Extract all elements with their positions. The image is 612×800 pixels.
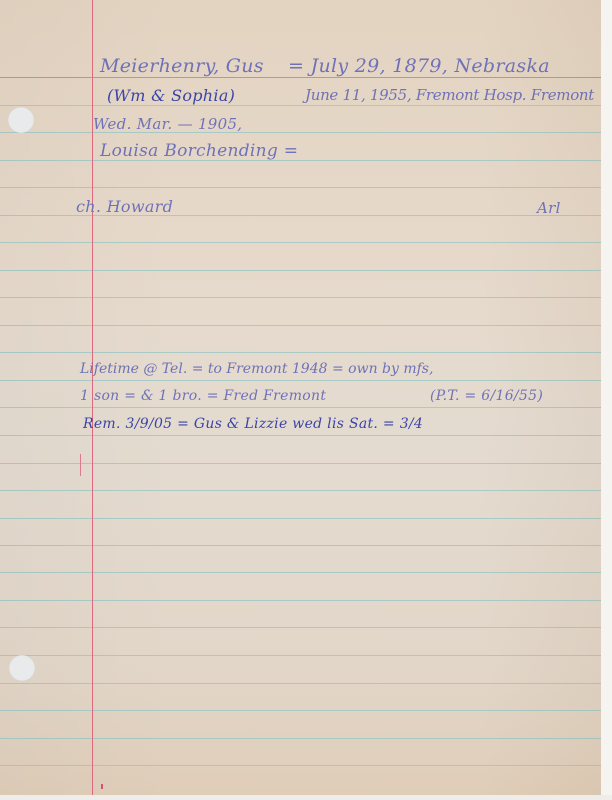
- ruled-line: [0, 765, 601, 766]
- ruled-line: [0, 132, 601, 133]
- ink-speck: [101, 784, 103, 789]
- name-line: Meierhenry, Gus: [100, 55, 264, 77]
- note-line-2: 1 son = & 1 bro. = Fred Fremont: [80, 388, 326, 404]
- ruled-line: [0, 187, 601, 188]
- ruled-line: [0, 105, 601, 106]
- note-line-3: (P.T. = 6/16/55): [430, 388, 543, 404]
- ruled-line: [0, 600, 601, 601]
- birth-line: = July 29, 1879, Nebraska: [288, 55, 550, 77]
- spouse-line: Louisa Borchending =: [100, 141, 298, 161]
- note-line-1: Lifetime @ Tel. = to Fremont 1948 = own …: [80, 361, 433, 377]
- ruled-line: [0, 683, 601, 684]
- ruled-line: [0, 325, 601, 326]
- remark-line: Rem. 3/9/05 = Gus & Lizzie wed lis Sat. …: [83, 416, 423, 432]
- ruled-line: [0, 297, 601, 298]
- binder-hole-bottom: [9, 655, 35, 681]
- ruled-line: [0, 463, 601, 464]
- ruled-line: [0, 242, 601, 243]
- ruled-line: [0, 352, 601, 353]
- ruled-line: [0, 545, 601, 546]
- ruled-line: [0, 435, 601, 436]
- ruled-line: [0, 160, 601, 161]
- ruled-line: [0, 518, 601, 519]
- scan-edge-right: [601, 0, 612, 800]
- margin-pencil-tick: [80, 454, 81, 476]
- header-rule-red: [0, 77, 601, 78]
- ruled-line: [0, 380, 601, 381]
- marriage-line: Wed. Mar. — 1905,: [93, 115, 242, 133]
- binder-hole-top: [8, 107, 34, 133]
- ruled-line: [0, 738, 601, 739]
- ruled-line: [0, 710, 601, 711]
- death-line: June 11, 1955, Fremont Hosp. Fremont: [305, 86, 594, 104]
- ruled-line: [0, 490, 601, 491]
- ruled-line: [0, 655, 601, 656]
- ruled-line: [0, 572, 601, 573]
- ruled-line: [0, 627, 601, 628]
- scan-edge-bottom: [0, 795, 612, 800]
- ruled-line: [0, 270, 601, 271]
- parents-line: (Wm & Sophia): [107, 86, 235, 105]
- right-note: Arl: [537, 199, 561, 217]
- ruled-line: [0, 407, 601, 408]
- children-line: ch. Howard: [76, 197, 173, 216]
- ruled-paper-page: Meierhenry, Gus = July 29, 1879, Nebrask…: [0, 0, 601, 795]
